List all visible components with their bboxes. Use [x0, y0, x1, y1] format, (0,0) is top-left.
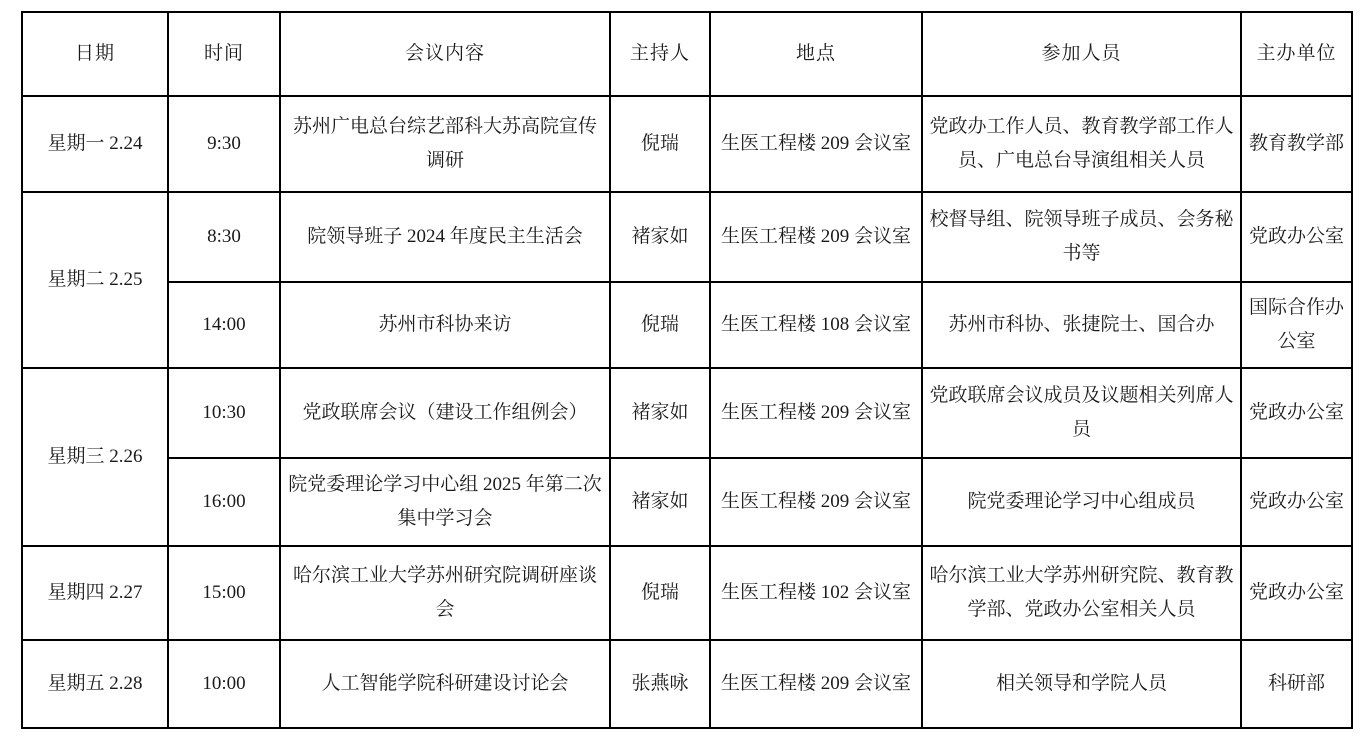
- cell-content: 哈尔滨工业大学苏州研究院调研座谈会: [280, 546, 610, 640]
- col-header-location: 地点: [710, 12, 922, 96]
- col-header-host: 主持人: [610, 12, 710, 96]
- cell-host: 倪瑞: [610, 96, 710, 192]
- cell-organizer: 教育教学部: [1241, 96, 1352, 192]
- cell-host: 张燕咏: [610, 640, 710, 728]
- cell-location: 生医工程楼 108 会议室: [710, 282, 922, 368]
- cell-location: 生医工程楼 209 会议室: [710, 192, 922, 282]
- cell-organizer: 党政办公室: [1241, 458, 1352, 546]
- cell-time: 9:30: [168, 96, 280, 192]
- cell-host: 倪瑞: [610, 282, 710, 368]
- cell-location: 生医工程楼 209 会议室: [710, 458, 922, 546]
- cell-host: 倪瑞: [610, 546, 710, 640]
- col-header-participants: 参加人员: [922, 12, 1241, 96]
- cell-organizer: 党政办公室: [1241, 368, 1352, 458]
- cell-participants: 相关领导和学院人员: [922, 640, 1241, 728]
- cell-participants: 院党委理论学习中心组成员: [922, 458, 1241, 546]
- table-row: 星期二 2.25 8:30 院领导班子 2024 年度民主生活会 褚家如 生医工…: [22, 192, 1352, 282]
- cell-location: 生医工程楼 102 会议室: [710, 546, 922, 640]
- cell-location: 生医工程楼 209 会议室: [710, 640, 922, 728]
- cell-date: 星期四 2.27: [22, 546, 168, 640]
- cell-organizer: 党政办公室: [1241, 192, 1352, 282]
- meeting-schedule-table: 日期 时间 会议内容 主持人 地点 参加人员 主办单位 星期一 2.24 9:3…: [21, 11, 1353, 729]
- cell-time: 10:30: [168, 368, 280, 458]
- cell-host: 褚家如: [610, 368, 710, 458]
- cell-host: 褚家如: [610, 458, 710, 546]
- cell-organizer: 科研部: [1241, 640, 1352, 728]
- cell-time: 8:30: [168, 192, 280, 282]
- col-header-date: 日期: [22, 12, 168, 96]
- cell-participants: 校督导组、院领导班子成员、会务秘书等: [922, 192, 1241, 282]
- cell-time: 15:00: [168, 546, 280, 640]
- cell-participants: 党政办工作人员、教育教学部工作人员、广电总台导演组相关人员: [922, 96, 1241, 192]
- cell-date: 星期二 2.25: [22, 192, 168, 368]
- cell-participants: 党政联席会议成员及议题相关列席人员: [922, 368, 1241, 458]
- header-row: 日期 时间 会议内容 主持人 地点 参加人员 主办单位: [22, 12, 1352, 96]
- cell-organizer: 党政办公室: [1241, 546, 1352, 640]
- table-row: 星期四 2.27 15:00 哈尔滨工业大学苏州研究院调研座谈会 倪瑞 生医工程…: [22, 546, 1352, 640]
- cell-content: 人工智能学院科研建设讨论会: [280, 640, 610, 728]
- cell-host: 褚家如: [610, 192, 710, 282]
- col-header-content: 会议内容: [280, 12, 610, 96]
- col-header-organizer: 主办单位: [1241, 12, 1352, 96]
- cell-location: 生医工程楼 209 会议室: [710, 96, 922, 192]
- cell-date: 星期三 2.26: [22, 368, 168, 546]
- document-page: 日期 时间 会议内容 主持人 地点 参加人员 主办单位 星期一 2.24 9:3…: [0, 0, 1371, 745]
- cell-time: 16:00: [168, 458, 280, 546]
- cell-date: 星期五 2.28: [22, 640, 168, 728]
- table-row: 星期三 2.26 10:30 党政联席会议（建设工作组例会） 褚家如 生医工程楼…: [22, 368, 1352, 458]
- cell-content: 苏州广电总台综艺部科大苏高院宣传调研: [280, 96, 610, 192]
- cell-participants: 苏州市科协、张捷院士、国合办: [922, 282, 1241, 368]
- table-row: 14:00 苏州市科协来访 倪瑞 生医工程楼 108 会议室 苏州市科协、张捷院…: [22, 282, 1352, 368]
- cell-organizer: 国际合作办公室: [1241, 282, 1352, 368]
- table-row: 星期一 2.24 9:30 苏州广电总台综艺部科大苏高院宣传调研 倪瑞 生医工程…: [22, 96, 1352, 192]
- cell-content: 院党委理论学习中心组 2025 年第二次集中学习会: [280, 458, 610, 546]
- table-row: 星期五 2.28 10:00 人工智能学院科研建设讨论会 张燕咏 生医工程楼 2…: [22, 640, 1352, 728]
- cell-time: 14:00: [168, 282, 280, 368]
- cell-date: 星期一 2.24: [22, 96, 168, 192]
- cell-content: 苏州市科协来访: [280, 282, 610, 368]
- col-header-time: 时间: [168, 12, 280, 96]
- cell-participants: 哈尔滨工业大学苏州研究院、教育教学部、党政办公室相关人员: [922, 546, 1241, 640]
- cell-content: 院领导班子 2024 年度民主生活会: [280, 192, 610, 282]
- cell-location: 生医工程楼 209 会议室: [710, 368, 922, 458]
- cell-content: 党政联席会议（建设工作组例会）: [280, 368, 610, 458]
- table-row: 16:00 院党委理论学习中心组 2025 年第二次集中学习会 褚家如 生医工程…: [22, 458, 1352, 546]
- cell-time: 10:00: [168, 640, 280, 728]
